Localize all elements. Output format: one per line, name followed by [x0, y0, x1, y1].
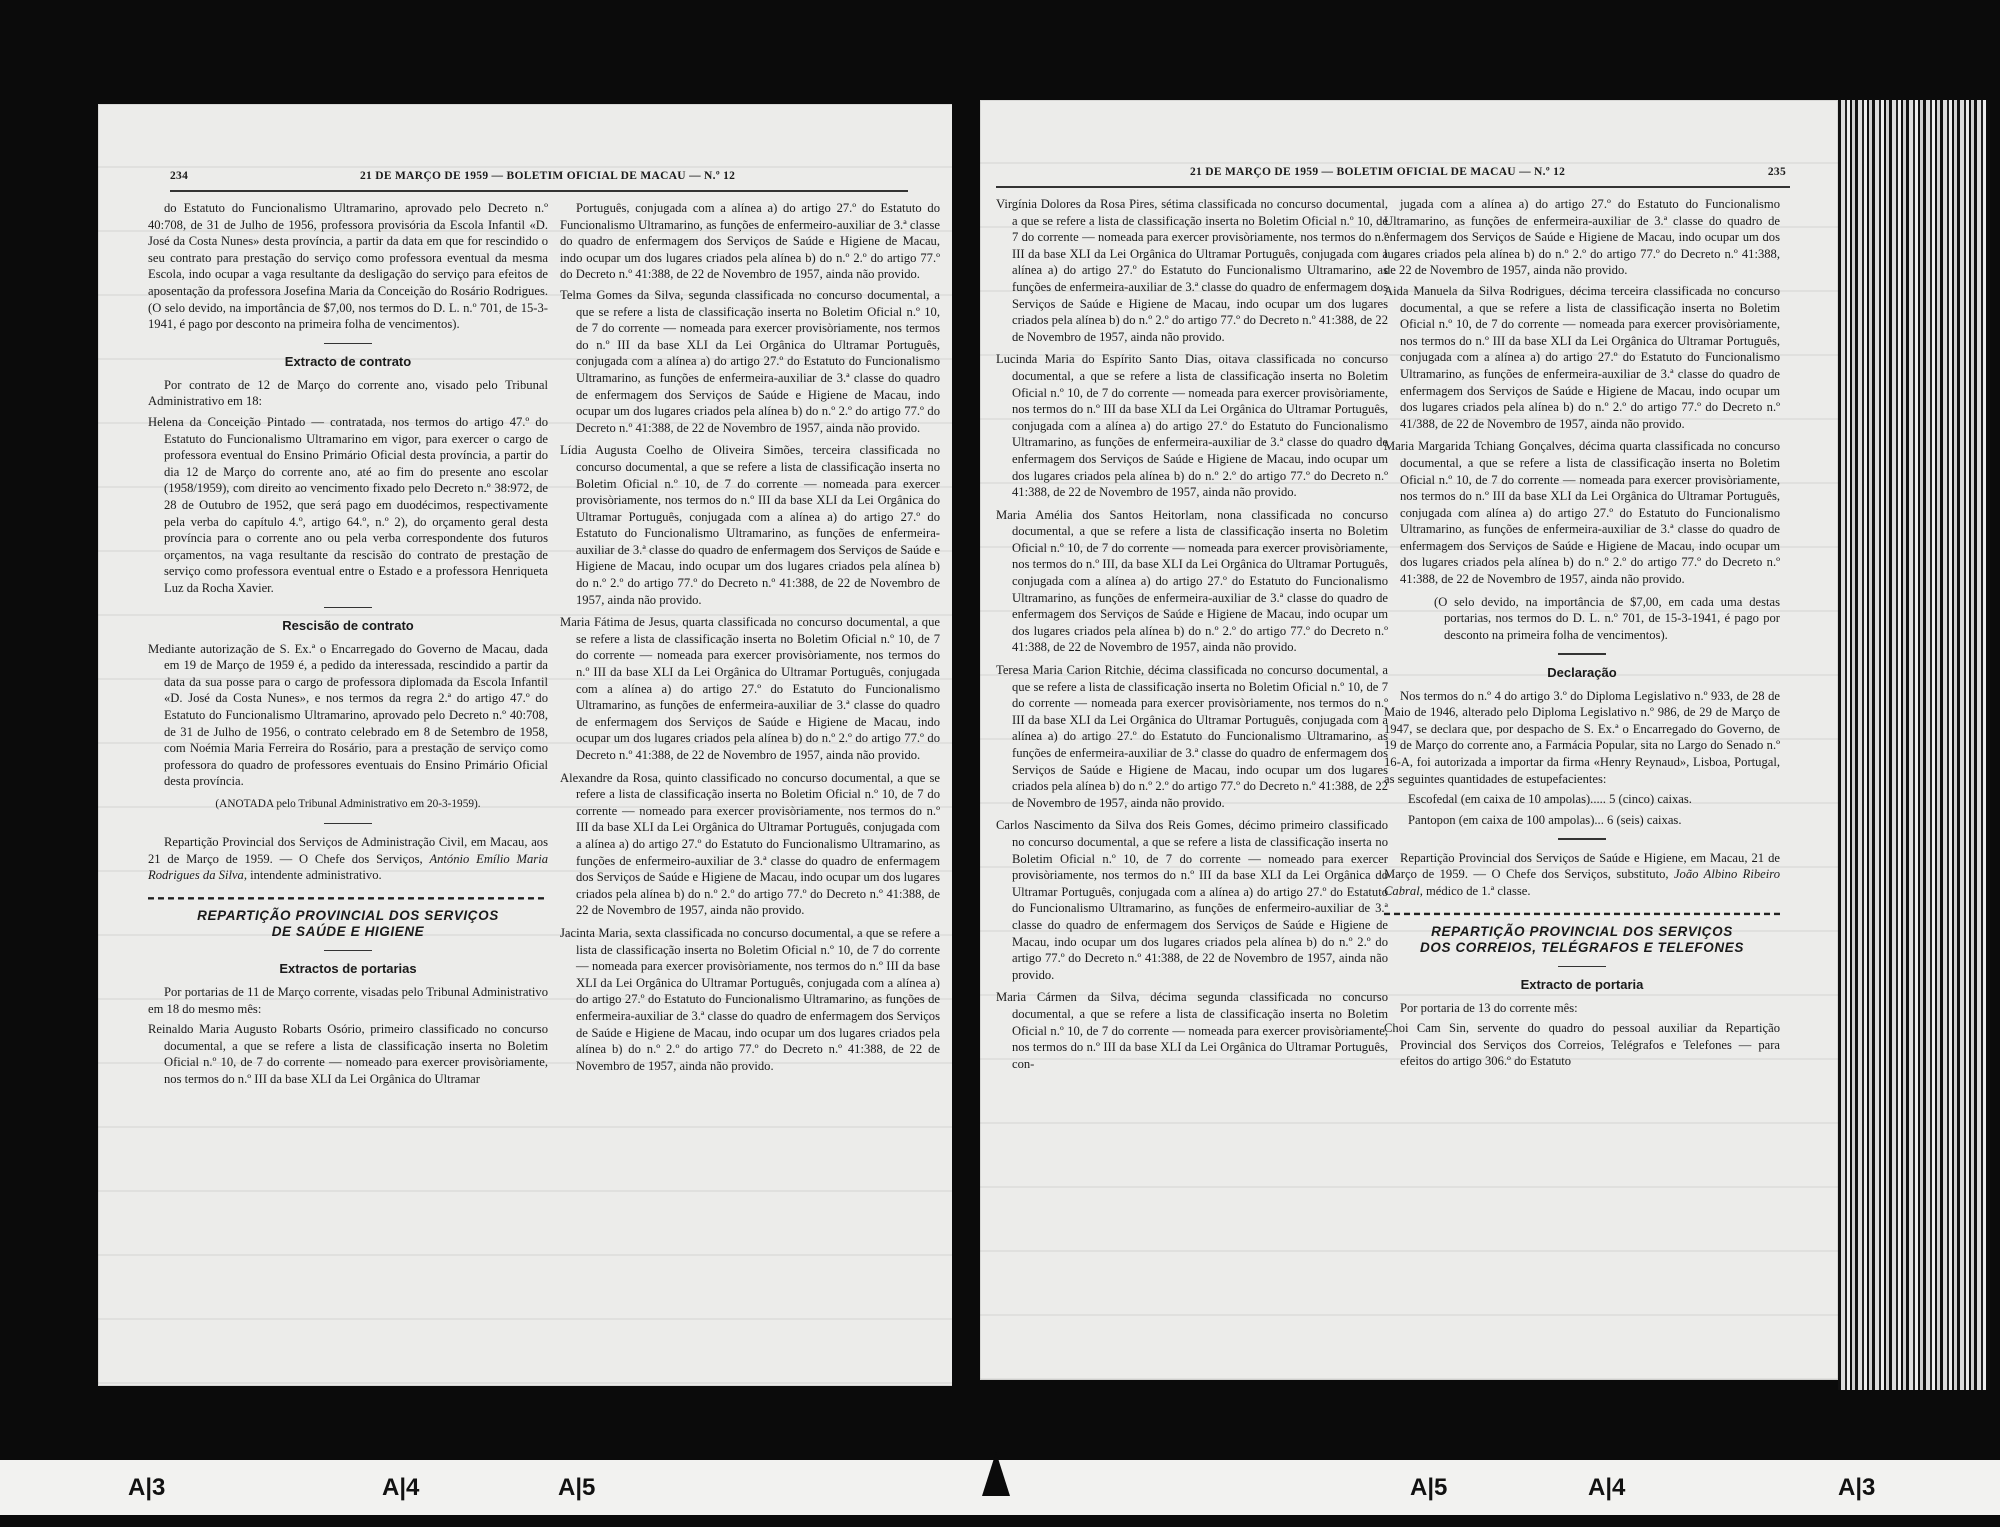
section-heading: Extractos de portarias	[148, 961, 548, 978]
right-page-column-1: Virgínia Dolores da Rosa Pires, sétima c…	[996, 196, 1388, 1078]
separator	[324, 823, 372, 825]
text: DOS CORREIOS, TELÉGRAFOS E TELEFONES	[1420, 940, 1744, 955]
paragraph: Reinaldo Maria Augusto Robarts Osório, p…	[148, 1021, 548, 1087]
running-head-title: 21 DE MARÇO DE 1959 — BOLETIM OFICIAL DE…	[1190, 166, 1565, 178]
section-heading: Extracto de contrato	[148, 354, 548, 371]
paragraph: Choi Cam Sin, servente do quadro do pess…	[1384, 1020, 1780, 1070]
paragraph: Português, conjugada com a alínea a) do …	[560, 200, 940, 283]
left-page: 234 21 DE MARÇO DE 1959 — BOLETIM OFICIA…	[98, 104, 954, 1386]
paragraph: Maria Fátima de Jesus, quarta classifica…	[560, 614, 940, 763]
book-gutter	[952, 96, 982, 1396]
paragraph: Maria Cármen da Silva, décima segunda cl…	[996, 989, 1388, 1072]
list-item: Pantopon (em caixa de 100 ampolas)... 6 …	[1384, 812, 1780, 829]
separator	[1558, 838, 1606, 840]
book-page-edges	[1838, 100, 1988, 1390]
signature-paragraph: Repartição Provincial dos Serviços de Ad…	[148, 834, 548, 884]
paragraph: Carlos Nascimento da Silva dos Reis Gome…	[996, 817, 1388, 983]
left-running-head: 234 21 DE MARÇO DE 1959 — BOLETIM OFICIA…	[98, 170, 954, 192]
page-number: 234	[170, 170, 188, 182]
text: , médico de 1.ª classe.	[1420, 884, 1531, 898]
paragraph: do Estatuto do Funcionalismo Ultramarino…	[148, 200, 548, 333]
right-page-column-2: jugada com a alínea a) do artigo 27.º do…	[1384, 196, 1780, 1076]
left-page-column-2: Português, conjugada com a alínea a) do …	[560, 200, 940, 1080]
text: REPARTIÇÃO PROVINCIAL DOS SERVIÇOS	[197, 908, 499, 923]
left-page-column-1: do Estatuto do Funcionalismo Ultramarino…	[148, 200, 548, 1094]
frame-label: A|3	[128, 1474, 165, 1502]
paragraph: Virgínia Dolores da Rosa Pires, sétima c…	[996, 196, 1388, 345]
ornamental-rule	[1384, 910, 1780, 918]
right-page: 21 DE MARÇO DE 1959 — BOLETIM OFICIAL DE…	[980, 100, 1838, 1380]
header-rule	[170, 190, 908, 192]
right-running-head: 21 DE MARÇO DE 1959 — BOLETIM OFICIAL DE…	[980, 166, 1838, 188]
frame-label: A|5	[1410, 1474, 1447, 1502]
paragraph: Helena da Conceição Pintado — contratada…	[148, 414, 548, 597]
text: REPARTIÇÃO PROVINCIAL DOS SERVIÇOS	[1431, 924, 1733, 939]
paragraph: Aida Manuela da Silva Rodrigues, décima …	[1384, 283, 1780, 432]
list-item: Escofedal (em caixa de 10 ampolas)..... …	[1384, 791, 1780, 808]
signature-paragraph: Repartição Provincial dos Serviços de Sa…	[1384, 850, 1780, 900]
paragraph: Nos termos do n.º 4 do artigo 3.º do Dip…	[1384, 688, 1780, 788]
paragraph: jugada com a alínea a) do artigo 27.º do…	[1384, 196, 1780, 279]
page-number: 235	[1768, 166, 1786, 178]
section-heading: Declaração	[1384, 665, 1780, 682]
stamp-duty-note: (O selo devido, na importância de $7,00,…	[1384, 594, 1780, 644]
frame-notch	[982, 1452, 1010, 1496]
separator	[1558, 966, 1606, 968]
paragraph: Jacinta Maria, sexta classificada no con…	[560, 925, 940, 1074]
annotation: (ANOTADA pelo Tribunal Administrativo em…	[148, 796, 548, 813]
separator	[1558, 653, 1606, 655]
header-rule	[996, 186, 1790, 188]
separator	[324, 950, 372, 952]
paragraph: Teresa Maria Carion Ritchie, décima clas…	[996, 662, 1388, 811]
paragraph: Alexandre da Rosa, quinto classificado n…	[560, 770, 940, 919]
department-heading: REPARTIÇÃO PROVINCIAL DOS SERVIÇOSDOS CO…	[1384, 924, 1780, 956]
frame-label: A|5	[558, 1474, 595, 1502]
separator	[324, 343, 372, 345]
paragraph: Maria Amélia dos Santos Heitorlam, nona …	[996, 507, 1388, 656]
section-heading: Extracto de portaria	[1384, 977, 1780, 994]
ornamental-rule	[148, 894, 548, 902]
frame-label: A|4	[382, 1474, 419, 1502]
paragraph: Por portarias de 11 de Março corrente, v…	[148, 984, 548, 1017]
frame-label: A|4	[1588, 1474, 1625, 1502]
separator	[324, 607, 372, 609]
paragraph: Maria Margarida Tchiang Gonçalves, décim…	[1384, 438, 1780, 587]
paragraph: Telma Gomes da Silva, segunda classifica…	[560, 287, 940, 436]
department-heading: REPARTIÇÃO PROVINCIAL DOS SERVIÇOSDE SAÚ…	[148, 908, 548, 940]
section-heading: Rescisão de contrato	[148, 618, 548, 635]
running-head-title: 21 DE MARÇO DE 1959 — BOLETIM OFICIAL DE…	[360, 170, 735, 182]
paragraph: Por portaria de 13 do corrente mês:	[1384, 1000, 1780, 1017]
paragraph: Lucinda Maria do Espírito Santo Dias, oi…	[996, 351, 1388, 500]
paragraph: Mediante autorização de S. Ex.ª o Encarr…	[148, 641, 548, 790]
text: DE SAÚDE E HIGIENE	[272, 924, 425, 939]
text: , intendente administrativo.	[244, 868, 382, 882]
frame-label: A|3	[1838, 1474, 1875, 1502]
paragraph: Por contrato de 12 de Março do corrente …	[148, 377, 548, 410]
paragraph: Lídia Augusta Coelho de Oliveira Simões,…	[560, 442, 940, 608]
